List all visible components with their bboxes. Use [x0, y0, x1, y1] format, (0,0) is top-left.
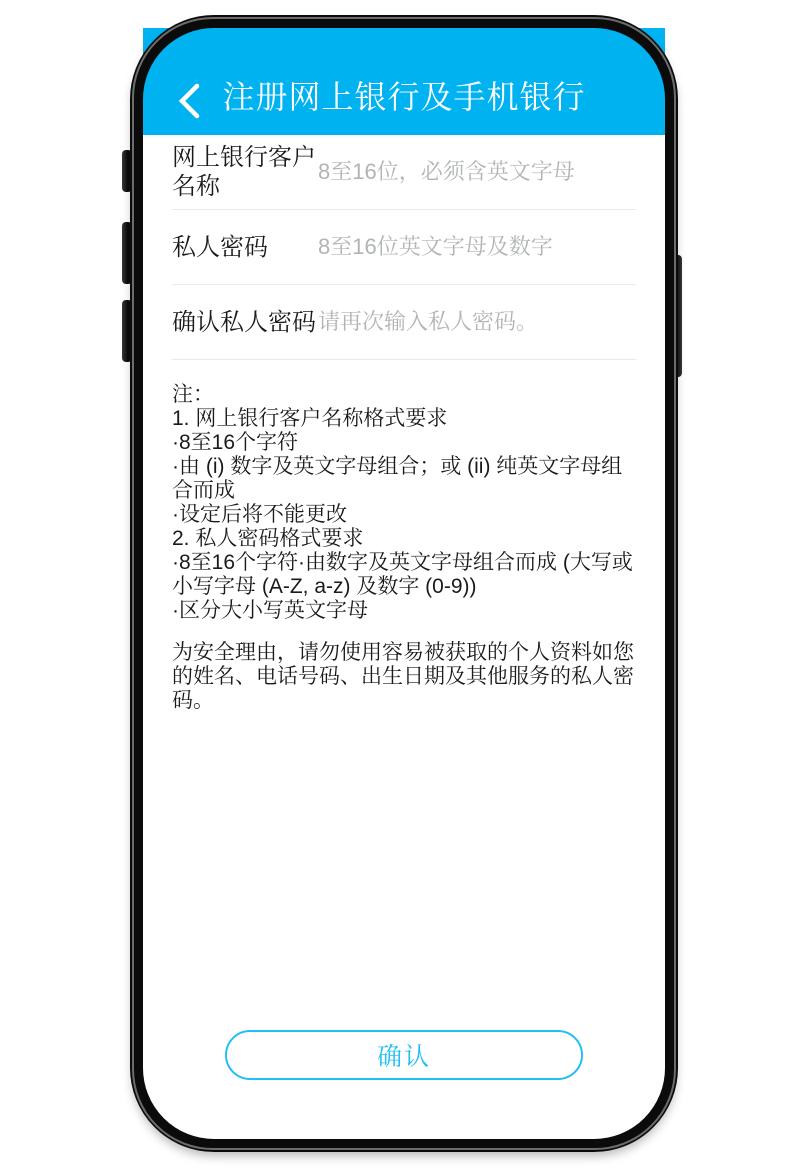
form-row-confirm-password: 确认私人密码 — [172, 285, 636, 360]
phone-mockup: 注册网上银行及手机银行 网上银行客户名称 私人密码 确认私人密码 注： 1. 网… — [0, 0, 800, 1170]
confirm-button[interactable]: 确认 — [225, 1030, 583, 1080]
password-label: 私人密码 — [172, 233, 318, 262]
note-line: 注： — [172, 383, 636, 407]
confirm-password-input[interactable] — [318, 309, 636, 335]
username-label: 网上银行客户名称 — [172, 143, 318, 201]
registration-form: 网上银行客户名称 私人密码 确认私人密码 — [143, 135, 665, 360]
security-note: 为安全理由，请勿使用容易被获取的个人资料如您的姓名、电话号码、出生日期及其他服务… — [172, 641, 636, 713]
note-line: 1. 网上银行客户名称格式要求 — [172, 407, 636, 431]
note-line: ·8至16个字符 — [172, 431, 636, 455]
notes-section: 注： 1. 网上银行客户名称格式要求 ·8至16个字符 ·由 (i) 数字及英文… — [172, 383, 636, 623]
form-row-password: 私人密码 — [172, 210, 636, 285]
form-row-username: 网上银行客户名称 — [172, 135, 636, 210]
confirm-password-label: 确认私人密码 — [172, 308, 318, 337]
username-input[interactable] — [318, 159, 636, 185]
app-header: 注册网上银行及手机银行 — [143, 28, 665, 135]
power-button — [672, 255, 682, 377]
note-line: ·由 (i) 数字及英文字母组合；或 (ii) 纯英文字母组合而成 — [172, 455, 636, 503]
note-line: ·设定后将不能更改 — [172, 503, 636, 527]
note-line: ·8至16个字符·由数字及英文字母组合而成 (大写或小写字母 (A-Z, a-z… — [172, 551, 636, 599]
volume-down-button — [122, 300, 132, 362]
password-input[interactable] — [318, 234, 636, 260]
page-title: 注册网上银行及手机银行 — [143, 72, 665, 118]
mute-switch — [122, 150, 132, 192]
note-line: ·区分大小写英文字母 — [172, 599, 636, 623]
volume-up-button — [122, 222, 132, 284]
note-line: 2. 私人密码格式要求 — [172, 527, 636, 551]
app-screen: 注册网上银行及手机银行 网上银行客户名称 私人密码 确认私人密码 注： 1. 网… — [143, 28, 665, 1139]
